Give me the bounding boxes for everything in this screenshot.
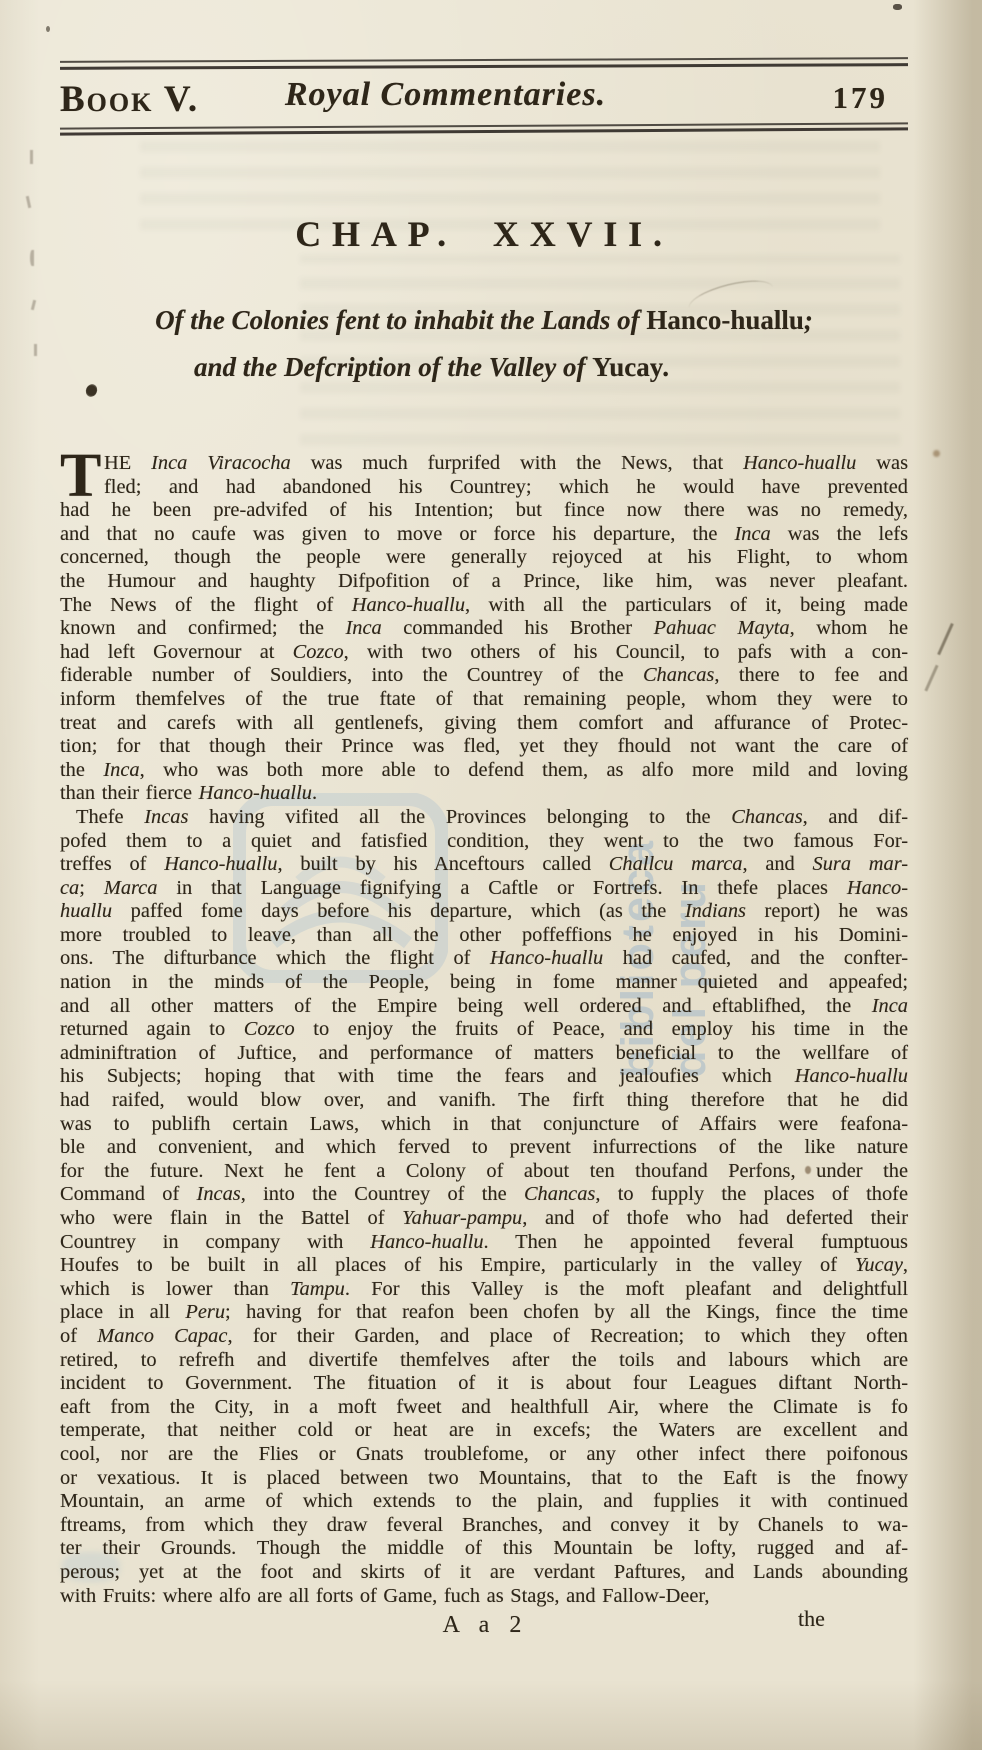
text-line: was to publifh certain Laws, which in th…: [60, 1113, 908, 1137]
running-header: Book V. Royal Commentaries. 179: [60, 76, 908, 120]
text-line: incident to Government. The fituation of…: [60, 1372, 908, 1396]
text-line: had left Governour at Cozco, with two ot…: [60, 641, 908, 665]
text-line: place in all Peru; having for that reafo…: [60, 1301, 908, 1325]
text-line: his Subjects; hoping that with time the …: [60, 1065, 908, 1089]
running-title: Royal Commentaries.: [285, 76, 606, 114]
text-line: fled; and had abandoned his Countrey; wh…: [60, 476, 908, 500]
ink-speck: [893, 4, 902, 10]
text-line: had raifed, would blow over, and vanifh.…: [60, 1089, 908, 1113]
text-line: with Fruits: where alfo are all forts of…: [60, 1585, 908, 1609]
subtitle-line: Of the Colonies fent to inhabit the Land…: [60, 297, 908, 344]
text-line: perous; yet at the foot and skirts of it…: [60, 1561, 908, 1585]
chapter-subtitle: Of the Colonies fent to inhabit the Land…: [60, 297, 908, 391]
text-line: Thefe Incas having vifited all the Provi…: [60, 806, 908, 830]
text-line: eaft from the City, in a moft fweet and …: [60, 1396, 908, 1420]
text-line: ter their Grounds. Though the middle of …: [60, 1537, 908, 1561]
text-line: known and confirmed; the Inca commanded …: [60, 617, 908, 641]
ink-speck: [46, 26, 50, 32]
text-line: ca; Marca in that Language fignifying a …: [60, 877, 908, 901]
margin-mark: [30, 250, 34, 266]
margin-mark: [31, 300, 36, 310]
text-line: ftreams, from which they draw feveral Br…: [60, 1514, 908, 1538]
subtitle-line: and the Defcription of the Valley of Yuc…: [8, 344, 856, 391]
text-line: had he been pre-advifed of his Intention…: [60, 499, 908, 523]
text-line: inform themfelves of the true ftate of t…: [60, 688, 908, 712]
text-line: more troubled to leave, than all the oth…: [60, 924, 908, 948]
margin-mark: [30, 150, 33, 164]
paragraph: Thefe Incas having vifited all the Provi…: [60, 806, 908, 1608]
text-line: of Manco Capac, for their Garden, and pl…: [60, 1325, 908, 1349]
text-line: which is lower than Tampu. For this Vall…: [60, 1278, 908, 1302]
catchword: the: [798, 1606, 825, 1632]
text-line: concerned, though the people were genera…: [60, 546, 908, 570]
text-line: and that no caufe was given to move or f…: [60, 523, 908, 547]
text-line: treffes of Hanco-huallu, built by his An…: [60, 853, 908, 877]
margin-mark: [26, 196, 31, 208]
text-line: The News of the flight of Hanco-huallu, …: [60, 594, 908, 618]
text-line: the Inca, who was both more able to defe…: [60, 759, 908, 783]
text-line: huallu paffed fome days before his depar…: [60, 900, 908, 924]
chapter-heading: CHAP. XXVII.: [60, 213, 908, 255]
text-line: Command of Incas, into the Countrey of t…: [60, 1183, 908, 1207]
text-line: Mountain, an arme of which extends to th…: [60, 1490, 908, 1514]
paragraph: THE Inca Viracocha was much furprifed wi…: [60, 452, 908, 806]
book-page-scan: biblioteca del peru Book V. Royal Commen…: [0, 0, 982, 1750]
header-bottom-rule: [60, 122, 908, 135]
header-top-rule: [60, 57, 908, 70]
signature-mark: A a 2: [60, 1612, 908, 1639]
margin-mark: [34, 344, 37, 356]
text-line: retired, to refrefh and divertife themfe…: [60, 1349, 908, 1373]
body-text: THE Inca Viracocha was much furprifed wi…: [60, 452, 908, 1608]
text-line: treat and carefs with all gentlenefs, gi…: [60, 712, 908, 736]
text-line: adminiftration of Juftice, and performan…: [60, 1042, 908, 1066]
text-line: HE Inca Viracocha was much furprifed wit…: [60, 452, 908, 476]
text-line: nation in the minds of the People, being…: [60, 971, 908, 995]
text-line: Countrey in company with Hanco-huallu. T…: [60, 1231, 908, 1255]
text-line: Houfes to be built in all places of his …: [60, 1254, 908, 1278]
text-line: fiderable number of Souldiers, into the …: [60, 664, 908, 688]
text-line: for the future. Next he fent a Colony of…: [60, 1160, 908, 1184]
margin-pen-mark: [924, 665, 938, 692]
book-label: Book V.: [60, 78, 199, 121]
text-line: pofed them to a quiet and fatisfied cond…: [60, 830, 908, 854]
fox-spot: [933, 450, 940, 457]
page-number: 179: [833, 80, 889, 116]
text-line: than their fierce Hanco-huallu.: [60, 782, 908, 806]
text-line: ble and convenient, and which ferved to …: [60, 1136, 908, 1160]
margin-pen-mark: [937, 623, 953, 655]
text-line: returned again to Cozco to enjoy the fru…: [60, 1018, 908, 1042]
text-line: the Humour and haughty Difpofition of a …: [60, 570, 908, 594]
drop-cap: T: [60, 454, 104, 499]
text-line: who were flain in the Battel of Yahuar-p…: [60, 1207, 908, 1231]
text-line: tion; for that though their Prince was f…: [60, 735, 908, 759]
text-line: or vexatious. It is placed between two M…: [60, 1467, 908, 1491]
text-line: ons. The difturbance which the flight of…: [60, 947, 908, 971]
text-line: and all other matters of the Empire bein…: [60, 995, 908, 1019]
text-line: temperate, that neither cold or heat are…: [60, 1419, 908, 1443]
text-line: cool, nor are the Flies or Gnats trouble…: [60, 1443, 908, 1467]
